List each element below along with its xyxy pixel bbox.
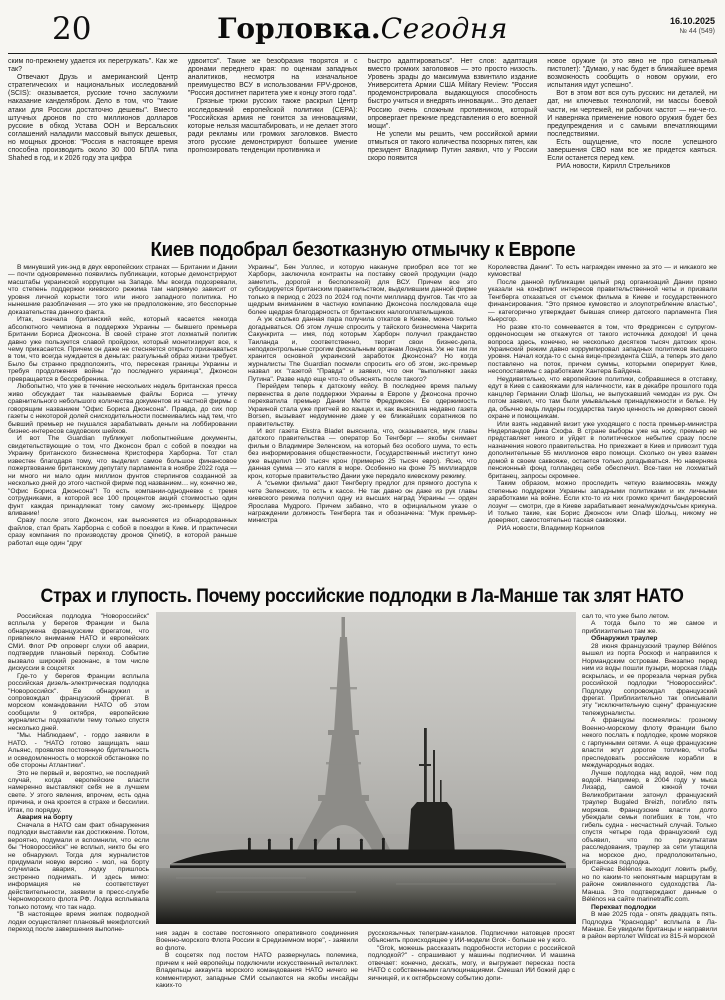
paragraph: Сейчас Bélénos выходит ловить рыбу, но п… — [582, 866, 717, 903]
paragraph: быстро адаптироваться". Нет слов: адапта… — [368, 58, 538, 131]
paragraph: новое оружие (и это явно не про сигнальн… — [547, 58, 717, 90]
subheading: Обнаружил траулер — [582, 635, 717, 642]
paragraph: Королевства Дании". То есть награжден им… — [488, 264, 717, 279]
page-header: 20 Горловка.Сегодня 16.10.2025 № 44 (549… — [0, 0, 725, 54]
paragraph: РИА новости, Владимир Корнилов — [488, 525, 717, 532]
article1-col-3: быстро адаптироваться". Нет слов: адапта… — [368, 58, 538, 241]
article1-col-1: ским по-прежнему удается их перегружать"… — [8, 58, 178, 241]
issue-block: 16.10.2025 № 44 (549) — [670, 16, 715, 36]
article1: ским по-прежнему удается их перегружать"… — [8, 58, 717, 241]
masthead-main: Горловка. — [217, 12, 381, 45]
paragraph: После данной публикации целый ряд органи… — [488, 279, 717, 324]
paragraph: В мае 2025 года - опять двадцать пять. П… — [582, 911, 717, 941]
paragraph: Любопытно, что уже в течение нескольких … — [8, 383, 237, 435]
waterline-foam — [170, 863, 566, 865]
article3-under-photo-column-2: русскоязычных телеграм-каналов. Подписчи… — [368, 930, 575, 998]
paragraph: Грязные трюки русских также раскрыл Цент… — [188, 98, 358, 155]
paragraph: Сразу после этого Джонсон, как выясняетс… — [8, 517, 237, 547]
paragraph: "В настоящее время экипаж подводной лодк… — [8, 911, 149, 933]
paragraph: И вот The Guardian публикует любопытнейш… — [8, 435, 237, 517]
article3-under-photo-column-1: ния задач в составе постоянного оператив… — [156, 930, 358, 998]
issue-date: 16.10.2025 — [670, 16, 715, 27]
paragraph: "Мы. Наблюдаем", - гордо заявили в НАТО.… — [8, 732, 149, 769]
photo-water — [156, 868, 576, 924]
subheading: Авария на борту — [8, 814, 149, 821]
paragraph: Перейдем теперь к датскому кейсу. В посл… — [248, 383, 477, 428]
article1-col-2: удвоится". Такие же безобразия творятся … — [188, 58, 358, 241]
article2-col-1: В минувший уик-энд в двух европейских ст… — [8, 264, 237, 584]
paragraph: "Grok, можешь рассказать подробности ист… — [368, 945, 575, 982]
paragraph: ским по-прежнему удается их перегружать"… — [8, 58, 178, 74]
paragraph: А "съемки фильма" дают Тенгбергу предлог… — [248, 480, 477, 525]
subheading: Перехват подлодки — [582, 904, 717, 911]
paragraph: Или взять недавний визит уже уходящего с… — [488, 421, 717, 481]
article2: В минувший уик-энд в двух европейских ст… — [8, 264, 717, 584]
article2-headline: Киев подобрал безотказную отмычку к Евро… — [0, 239, 725, 261]
paragraph: Российская подлодка "Новороссийск" всплы… — [8, 613, 149, 673]
article1-col-4: новое оружие (и это явно не про сигнальн… — [547, 58, 717, 241]
paragraph: В минувший уик-энд в двух европейских ст… — [8, 264, 237, 316]
submarine-sail — [408, 802, 455, 855]
paragraph: Где-то у берегов Франции всплыла российс… — [8, 673, 149, 733]
paragraph: А уж сколько данная пара получила откато… — [248, 316, 477, 383]
paragraph: Сначала в НАТО сам факт обнаружения подл… — [8, 822, 149, 911]
paragraph: И вот газета Ekstra Bladet выяснила, что… — [248, 428, 477, 480]
paragraph: Украины", Бен Уоллес, и которую накануне… — [248, 264, 477, 316]
paragraph: русскоязычных телеграм-каналов. Подписчи… — [368, 930, 575, 945]
paragraph: Отвечают Друзь и американский Центр стра… — [8, 74, 178, 163]
paragraph: Но разве кто-то сомневается в том, что Ф… — [488, 324, 717, 376]
newspaper-page: 20 Горловка.Сегодня 16.10.2025 № 44 (549… — [0, 0, 725, 1000]
paragraph: Не успели мы решить, чем российской арми… — [368, 131, 538, 163]
masthead: Горловка.Сегодня — [0, 12, 725, 46]
article2-col-3: Королевства Дании". То есть награжден им… — [488, 264, 717, 584]
paragraph: 28 июня французский траулер Bélénos выше… — [582, 643, 717, 718]
paragraph: В соцсетях под постом НАТО развернулась … — [156, 952, 358, 989]
paragraph: РИА новости, Кирилл Стрельников — [547, 163, 717, 171]
article2-col-2: Украины", Бен Уоллес, и которую накануне… — [248, 264, 477, 584]
paragraph: Таким образом, можно проследить четкую в… — [488, 480, 717, 525]
submarine-photo — [156, 612, 576, 924]
article3-headline: Страх и глупость. Почему российские подл… — [0, 586, 725, 608]
paragraph: А французы посмеялись: грозному Военно-м… — [582, 717, 717, 769]
paragraph: А тогда было то же самое и приблизительн… — [582, 620, 717, 635]
paragraph: Есть ощущение, что после успешного завер… — [547, 139, 717, 163]
paragraph: Итак, сначала британский кейс, который к… — [8, 316, 237, 383]
paragraph: Это не первый и, вероятно, не последний … — [8, 770, 149, 815]
paragraph: Лучше подлодка над водой, чем под водой.… — [582, 770, 717, 867]
paragraph: Неудивительно, что европейские политики,… — [488, 376, 717, 421]
paragraph: Вот в этом вот вся суть русских: ни дета… — [547, 90, 717, 139]
masthead-accent: Сегодня — [381, 12, 508, 45]
header-rule — [8, 53, 717, 54]
paragraph: ния задач в составе постоянного оператив… — [156, 930, 358, 952]
submarine-photo-graphic — [156, 612, 576, 924]
paragraph: удвоится". Такие же безобразия творятся … — [188, 58, 358, 98]
article3-right-column: сал то, что уже было летом.А тогда было … — [582, 613, 717, 997]
issue-number: № 44 (549) — [670, 27, 715, 36]
article3-left-column: Российская подлодка "Новороссийск" всплы… — [8, 613, 149, 997]
